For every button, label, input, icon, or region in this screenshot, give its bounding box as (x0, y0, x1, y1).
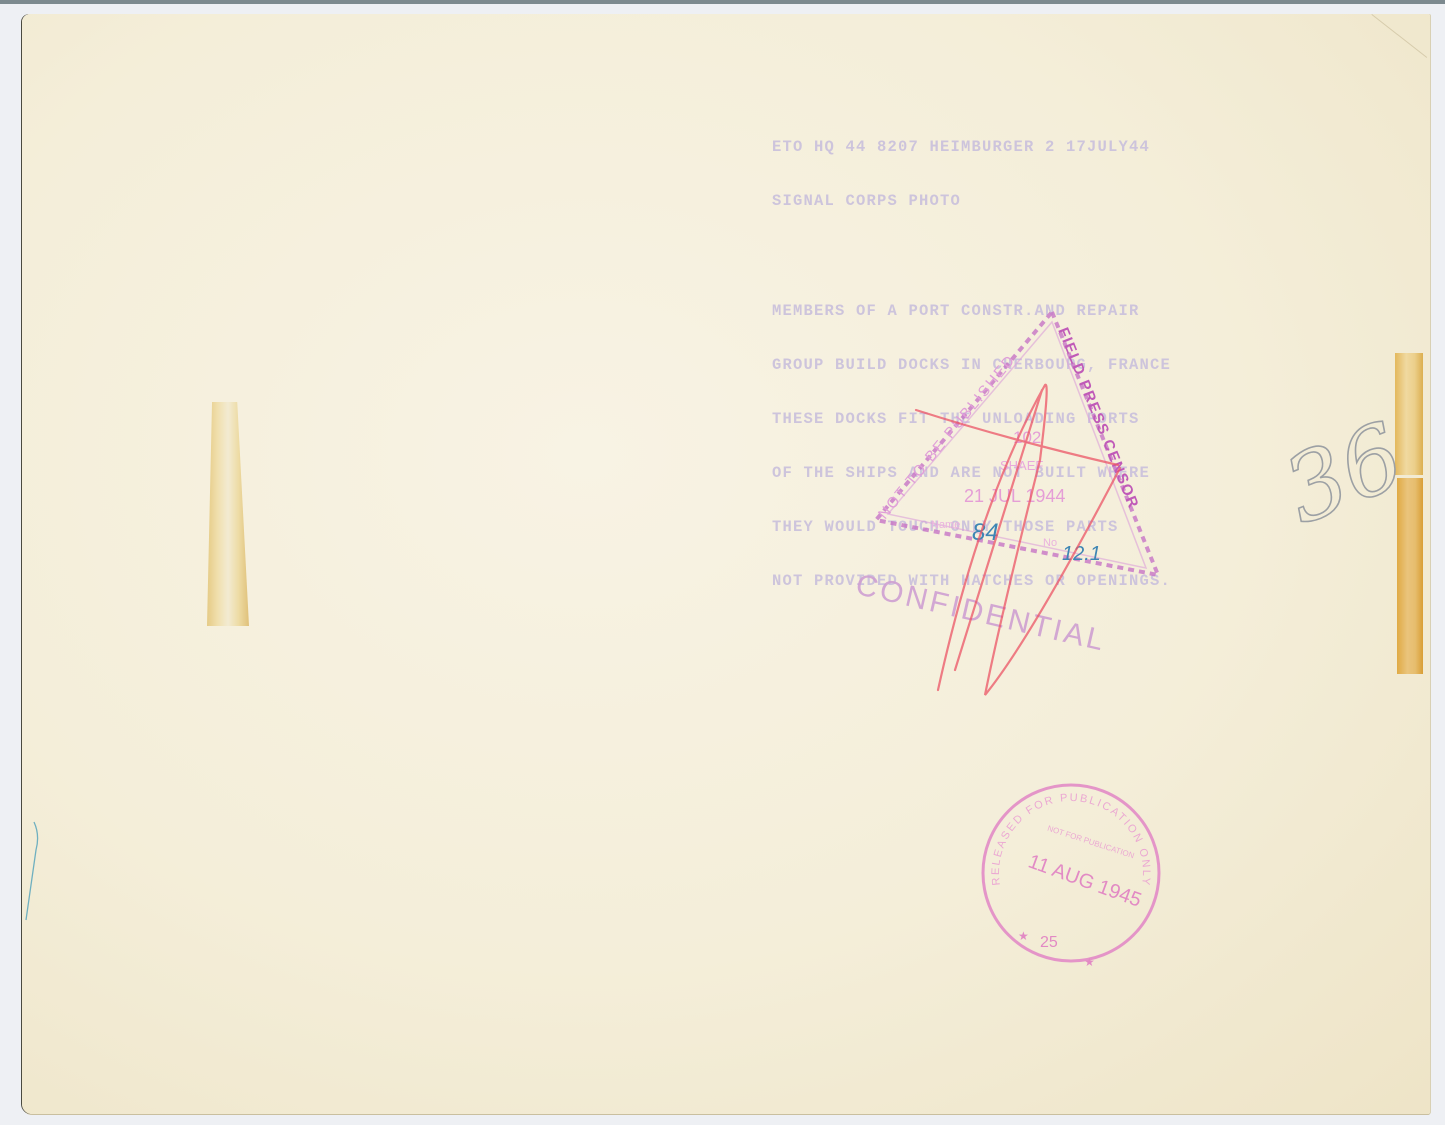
censor-date: 21 JUL 1944 (964, 486, 1065, 506)
date-stamp-number: 25 (1040, 934, 1058, 951)
svg-text:CONFIDENTIAL: CONFIDENTIAL (853, 568, 1110, 658)
star-icon: ★ (1084, 955, 1095, 969)
date-stamp: RELEASED FOR PUBLICATION ONLY NOT FOR PU… (983, 785, 1159, 969)
date-stamp-date: 11 AUG 1945 (1025, 851, 1144, 912)
pencil-note: 36 (1270, 402, 1419, 545)
censor-outer-right: FIELD PRESS CENSOR (1054, 325, 1142, 511)
censor-no-label: No (1043, 537, 1057, 549)
handwritten-no: 12.1 (1062, 543, 1101, 565)
svg-text:FIELD PRESS CENSOR: FIELD PRESS CENSOR (1054, 325, 1142, 511)
confidential-stamp: CONFIDENTIAL (853, 568, 1110, 658)
stamps-layer: NOT TO BE PUBLISHED FIELD PRESS CENSOR 1… (0, 0, 1445, 1125)
svg-text:36: 36 (1270, 402, 1419, 545)
star-icon: ★ (1018, 929, 1029, 943)
date-stamp-top-line: NOT FOR PUBLICATION (1046, 824, 1135, 861)
blue-pen-stroke (26, 822, 38, 920)
censor-name-label: Name (931, 519, 960, 531)
